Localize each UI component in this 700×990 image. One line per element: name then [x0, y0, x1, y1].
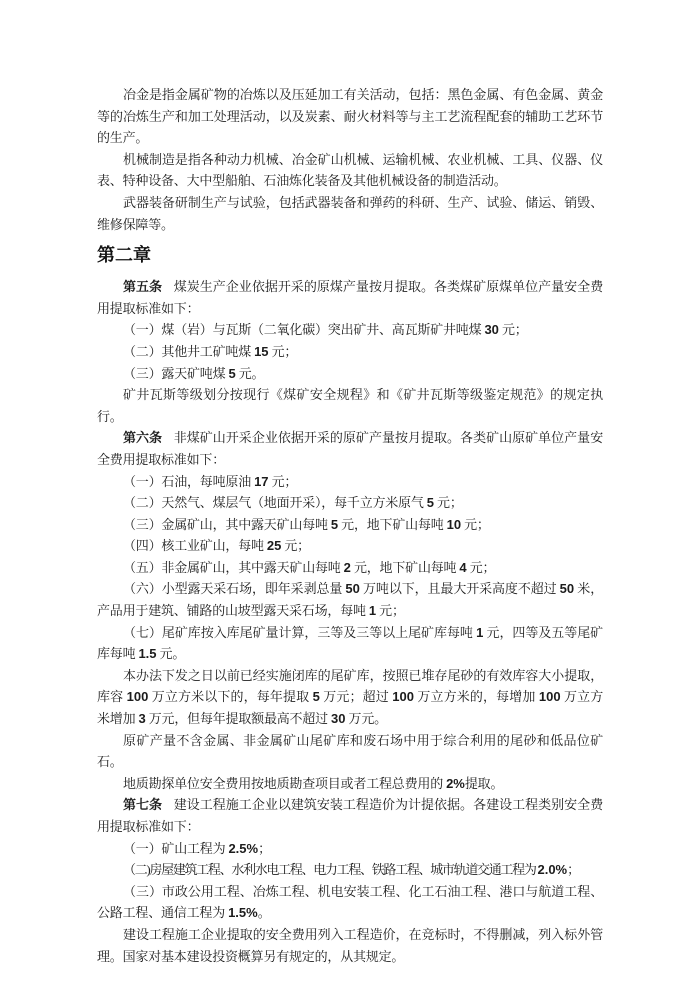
body-paragraph: （二）天然气、煤层气（地面开采），每千立方米原气 5 元；	[97, 492, 603, 514]
numeric-value: 50	[560, 581, 574, 596]
article-number: 第五条	[123, 279, 162, 294]
numeric-value: 30	[484, 322, 498, 337]
numeric-value: 1	[369, 603, 376, 618]
numeric-value: 5	[427, 495, 434, 510]
body-paragraph: （七）尾矿库按入库尾矿量计算，三等及三等以上尾矿库每吨 1 元，四等及五等尾矿库…	[97, 622, 603, 665]
body-paragraph: （一）矿山工程为 2.5%；	[97, 838, 603, 860]
numeric-value: 100	[392, 689, 414, 704]
body-paragraph: 原矿产量不含金属、非金属矿山尾矿库和废石场中用于综合利用的尾砂和低品位矿石。	[97, 730, 603, 773]
numeric-value: 15	[254, 344, 268, 359]
document-text-block: 冶金是指金属矿物的冶炼以及压延加工有关活动，包括：黑色金属、有色金属、黄金等的冶…	[97, 84, 603, 967]
body-paragraph: （二）其他井工矿吨煤 15 元；	[97, 341, 603, 363]
numeric-value: 1	[476, 625, 483, 640]
body-paragraph: 地质勘探单位安全费用按地质勘查项目或者工程总费用的 2%提取。	[97, 773, 603, 795]
chapter-heading: 第二章	[97, 243, 603, 267]
numeric-value: 10	[447, 517, 461, 532]
body-paragraph: （三）金属矿山，其中露天矿山每吨 5 元，地下矿山每吨 10 元；	[97, 514, 603, 536]
numeric-value: 100	[127, 689, 149, 704]
numeric-value: 17	[254, 474, 268, 489]
numeric-value: 25	[267, 538, 281, 553]
body-paragraph: 本办法下发之日以前已经实施闭库的尾矿库，按照已堆存尾砂的有效库容大小提取，库容 …	[97, 665, 603, 730]
numeric-value: 3	[138, 711, 145, 726]
numeric-value: 1.5%	[228, 905, 258, 920]
article-paragraph: 第五条煤炭生产企业依据开采的原煤产量按月提取。各类煤矿原煤单位产量安全费用提取标…	[97, 276, 603, 319]
numeric-value: 50	[345, 581, 359, 596]
numeric-value: 5	[313, 689, 320, 704]
numeric-value: 30	[331, 711, 345, 726]
body-paragraph: （二)房屋建筑工程、水利水电工程、电力工程、铁路工程、城市轨道交通工程为 2.0…	[97, 859, 603, 881]
article-paragraph: 第七条建设工程施工企业以建筑安装工程造价为计提依据。各建设工程类别安全费用提取标…	[97, 794, 603, 837]
numeric-value: 5	[331, 517, 338, 532]
body-paragraph: （三）露天矿吨煤 5 元。	[97, 363, 603, 385]
numeric-value: 4	[459, 560, 466, 575]
article-paragraph: 第六条非煤矿山开采企业依据开采的原矿产量按月提取。各类矿山原矿单位产量安全费用提…	[97, 427, 603, 470]
body-paragraph: （四）核工业矿山，每吨 25 元；	[97, 535, 603, 557]
numeric-value: 2%	[446, 776, 465, 791]
numeric-value: 2.0%	[537, 862, 567, 877]
body-paragraph: （三）市政公用工程、冶炼工程、机电安装工程、化工石油工程、港口与航道工程、公路工…	[97, 881, 603, 924]
article-number: 第七条	[123, 797, 162, 812]
body-paragraph: 冶金是指金属矿物的冶炼以及压延加工有关活动，包括：黑色金属、有色金属、黄金等的冶…	[97, 84, 603, 149]
body-paragraph: （五）非金属矿山，其中露天矿山每吨 2 元，地下矿山每吨 4 元；	[97, 557, 603, 579]
body-paragraph: 矿井瓦斯等级划分按现行《煤矿安全规程》和《矿井瓦斯等级鉴定规范》的规定执行。	[97, 384, 603, 427]
numeric-value: 2	[344, 560, 351, 575]
numeric-value: 1.5	[138, 646, 156, 661]
body-paragraph: 建设工程施工企业提取的安全费用列入工程造价，在竞标时，不得删减，列入标外管理。国…	[97, 924, 603, 967]
body-paragraph: （一）石油，每吨原油 17 元；	[97, 471, 603, 493]
numeric-value: 2.5%	[228, 841, 258, 856]
document-page: 冶金是指金属矿物的冶炼以及压延加工有关活动，包括：黑色金属、有色金属、黄金等的冶…	[0, 0, 700, 990]
body-paragraph: （六）小型露天采石场，即年采剥总量 50 万吨以下，且最大开采高度不超过 50 …	[97, 578, 603, 621]
body-paragraph: （一）煤（岩）与瓦斯（二氧化碳）突出矿井、高瓦斯矿井吨煤 30 元；	[97, 319, 603, 341]
article-number: 第六条	[123, 430, 162, 445]
numeric-value: 100	[539, 689, 561, 704]
numeric-value: 5	[228, 366, 235, 381]
body-paragraph: 武器装备研制生产与试验，包括武器装备和弹药的科研、生产、试验、储运、销毁、维修保…	[97, 192, 603, 235]
body-paragraph: 机械制造是指各种动力机械、冶金矿山机械、运输机械、农业机械、工具、仪器、仪表、特…	[97, 149, 603, 192]
